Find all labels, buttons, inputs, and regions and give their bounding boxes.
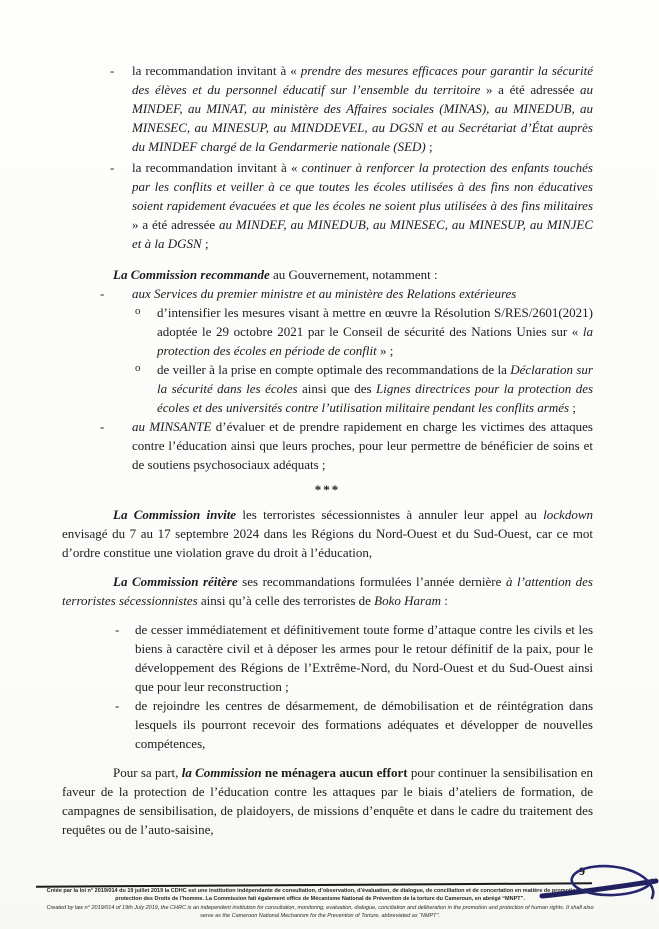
sub-list-item: o d’intensifier les mesures visant à met…: [62, 303, 593, 360]
list-item-text: aux Services du premier ministre et au m…: [132, 286, 516, 301]
list-item-text: la recommandation invitant à « continuer…: [132, 160, 593, 251]
paragraph-poursapart: Pour sa part, la Commission ne ménagera …: [62, 763, 593, 839]
dash-bullet: -: [110, 61, 114, 80]
sub-list-item: o de veiller à la prise en compte optima…: [62, 360, 593, 417]
dash-bullet: -: [115, 696, 119, 715]
paragraph-reitere: La Commission réitère ses recommandation…: [62, 572, 593, 610]
document-page: - la recommandation invitant à « prendre…: [0, 0, 659, 929]
dash-bullet: -: [100, 284, 104, 303]
paragraph-invite: La Commission invite les terroristes séc…: [62, 505, 593, 562]
dash-bullet: -: [100, 417, 104, 436]
list-item: - de rejoindre les centres de désarmemen…: [62, 696, 593, 753]
list-item-text: au MINSANTE d’évaluer et de prendre rapi…: [132, 419, 593, 472]
list-item: - la recommandation invitant à « continu…: [62, 158, 593, 253]
list-item-text: de veiller à la prise en compte optimale…: [157, 362, 593, 415]
list-item: - de cesser immédiatement et définitivem…: [62, 620, 593, 696]
list-item-text: de cesser immédiatement et définitivemen…: [135, 622, 593, 694]
footer-text-english: Created by law n° 2019/014 of 19th July …: [40, 905, 600, 920]
dash-bullet: -: [110, 158, 114, 177]
dash-bullet: -: [115, 620, 119, 639]
circle-bullet: o: [135, 359, 141, 378]
document-body: - la recommandation invitant à « prendre…: [62, 61, 593, 839]
list-item: - aux Services du premier ministre et au…: [62, 284, 593, 303]
section-separator: ***: [62, 480, 593, 499]
footer-text-french: Créée par la loi n° 2019/014 du 19 juill…: [40, 888, 600, 903]
list-item: - la recommandation invitant à « prendre…: [62, 61, 593, 156]
list-item-text: de rejoindre les centres de désarmement,…: [135, 698, 593, 751]
list-item-text: la recommandation invitant à « prendre d…: [132, 63, 593, 154]
footer-rule: [36, 882, 592, 887]
list-item: - au MINSANTE d’évaluer et de prendre ra…: [62, 417, 593, 474]
circle-bullet: o: [135, 302, 141, 321]
list-item-text: d’intensifier les mesures visant à mettr…: [157, 305, 593, 358]
paragraph-recommande: La Commission recommande au Gouvernement…: [62, 265, 593, 284]
pen-flourish-signature: [528, 856, 659, 914]
